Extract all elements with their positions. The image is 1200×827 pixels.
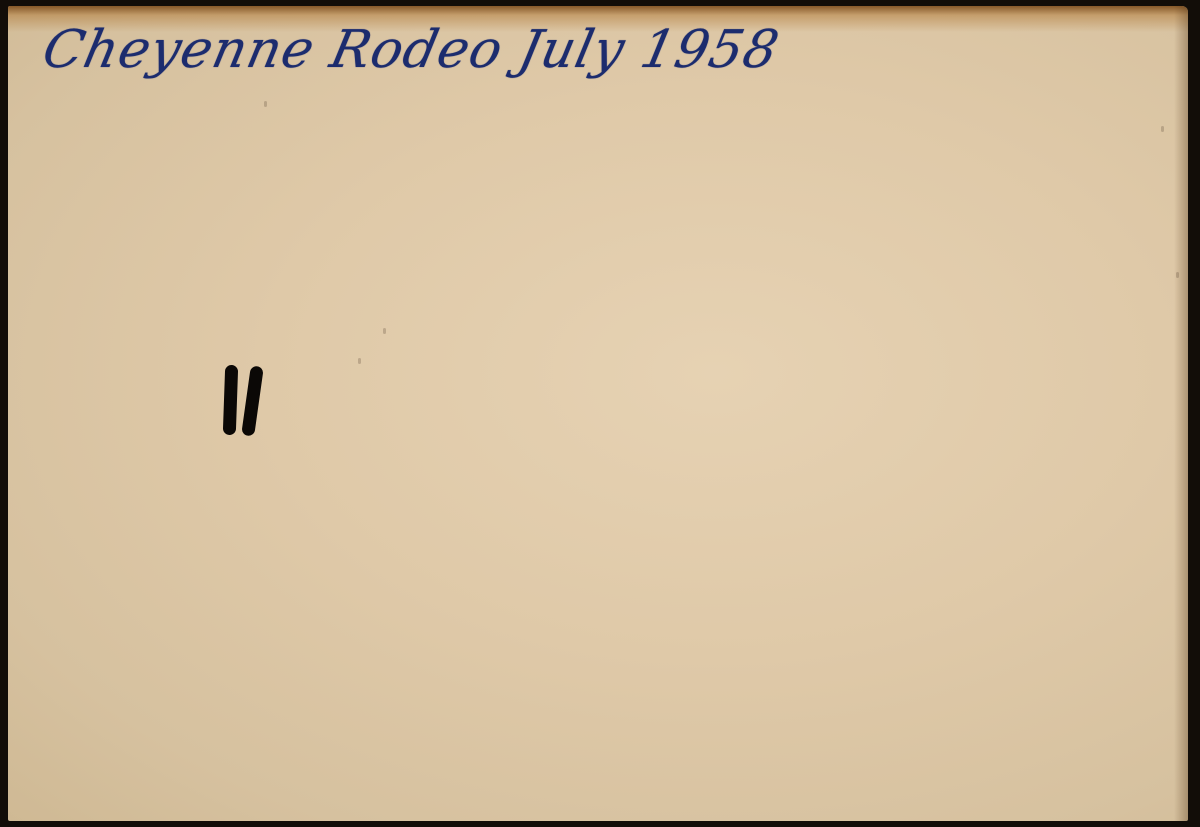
paper-speck <box>1161 126 1164 132</box>
handwritten-caption: Cheyenne Rodeo July 1958 <box>38 20 785 80</box>
paper-speck <box>1176 272 1179 278</box>
paper-speck <box>264 101 267 107</box>
paper-speck <box>358 358 361 364</box>
paper-speck <box>383 328 386 334</box>
scanned-photo-back: Cheyenne Rodeo July 1958 <box>0 0 1200 827</box>
marker-tally-mark <box>220 361 270 441</box>
marker-stroke-1 <box>223 365 238 435</box>
marker-stroke-2 <box>241 365 264 436</box>
paper-card: Cheyenne Rodeo July 1958 <box>8 6 1188 821</box>
